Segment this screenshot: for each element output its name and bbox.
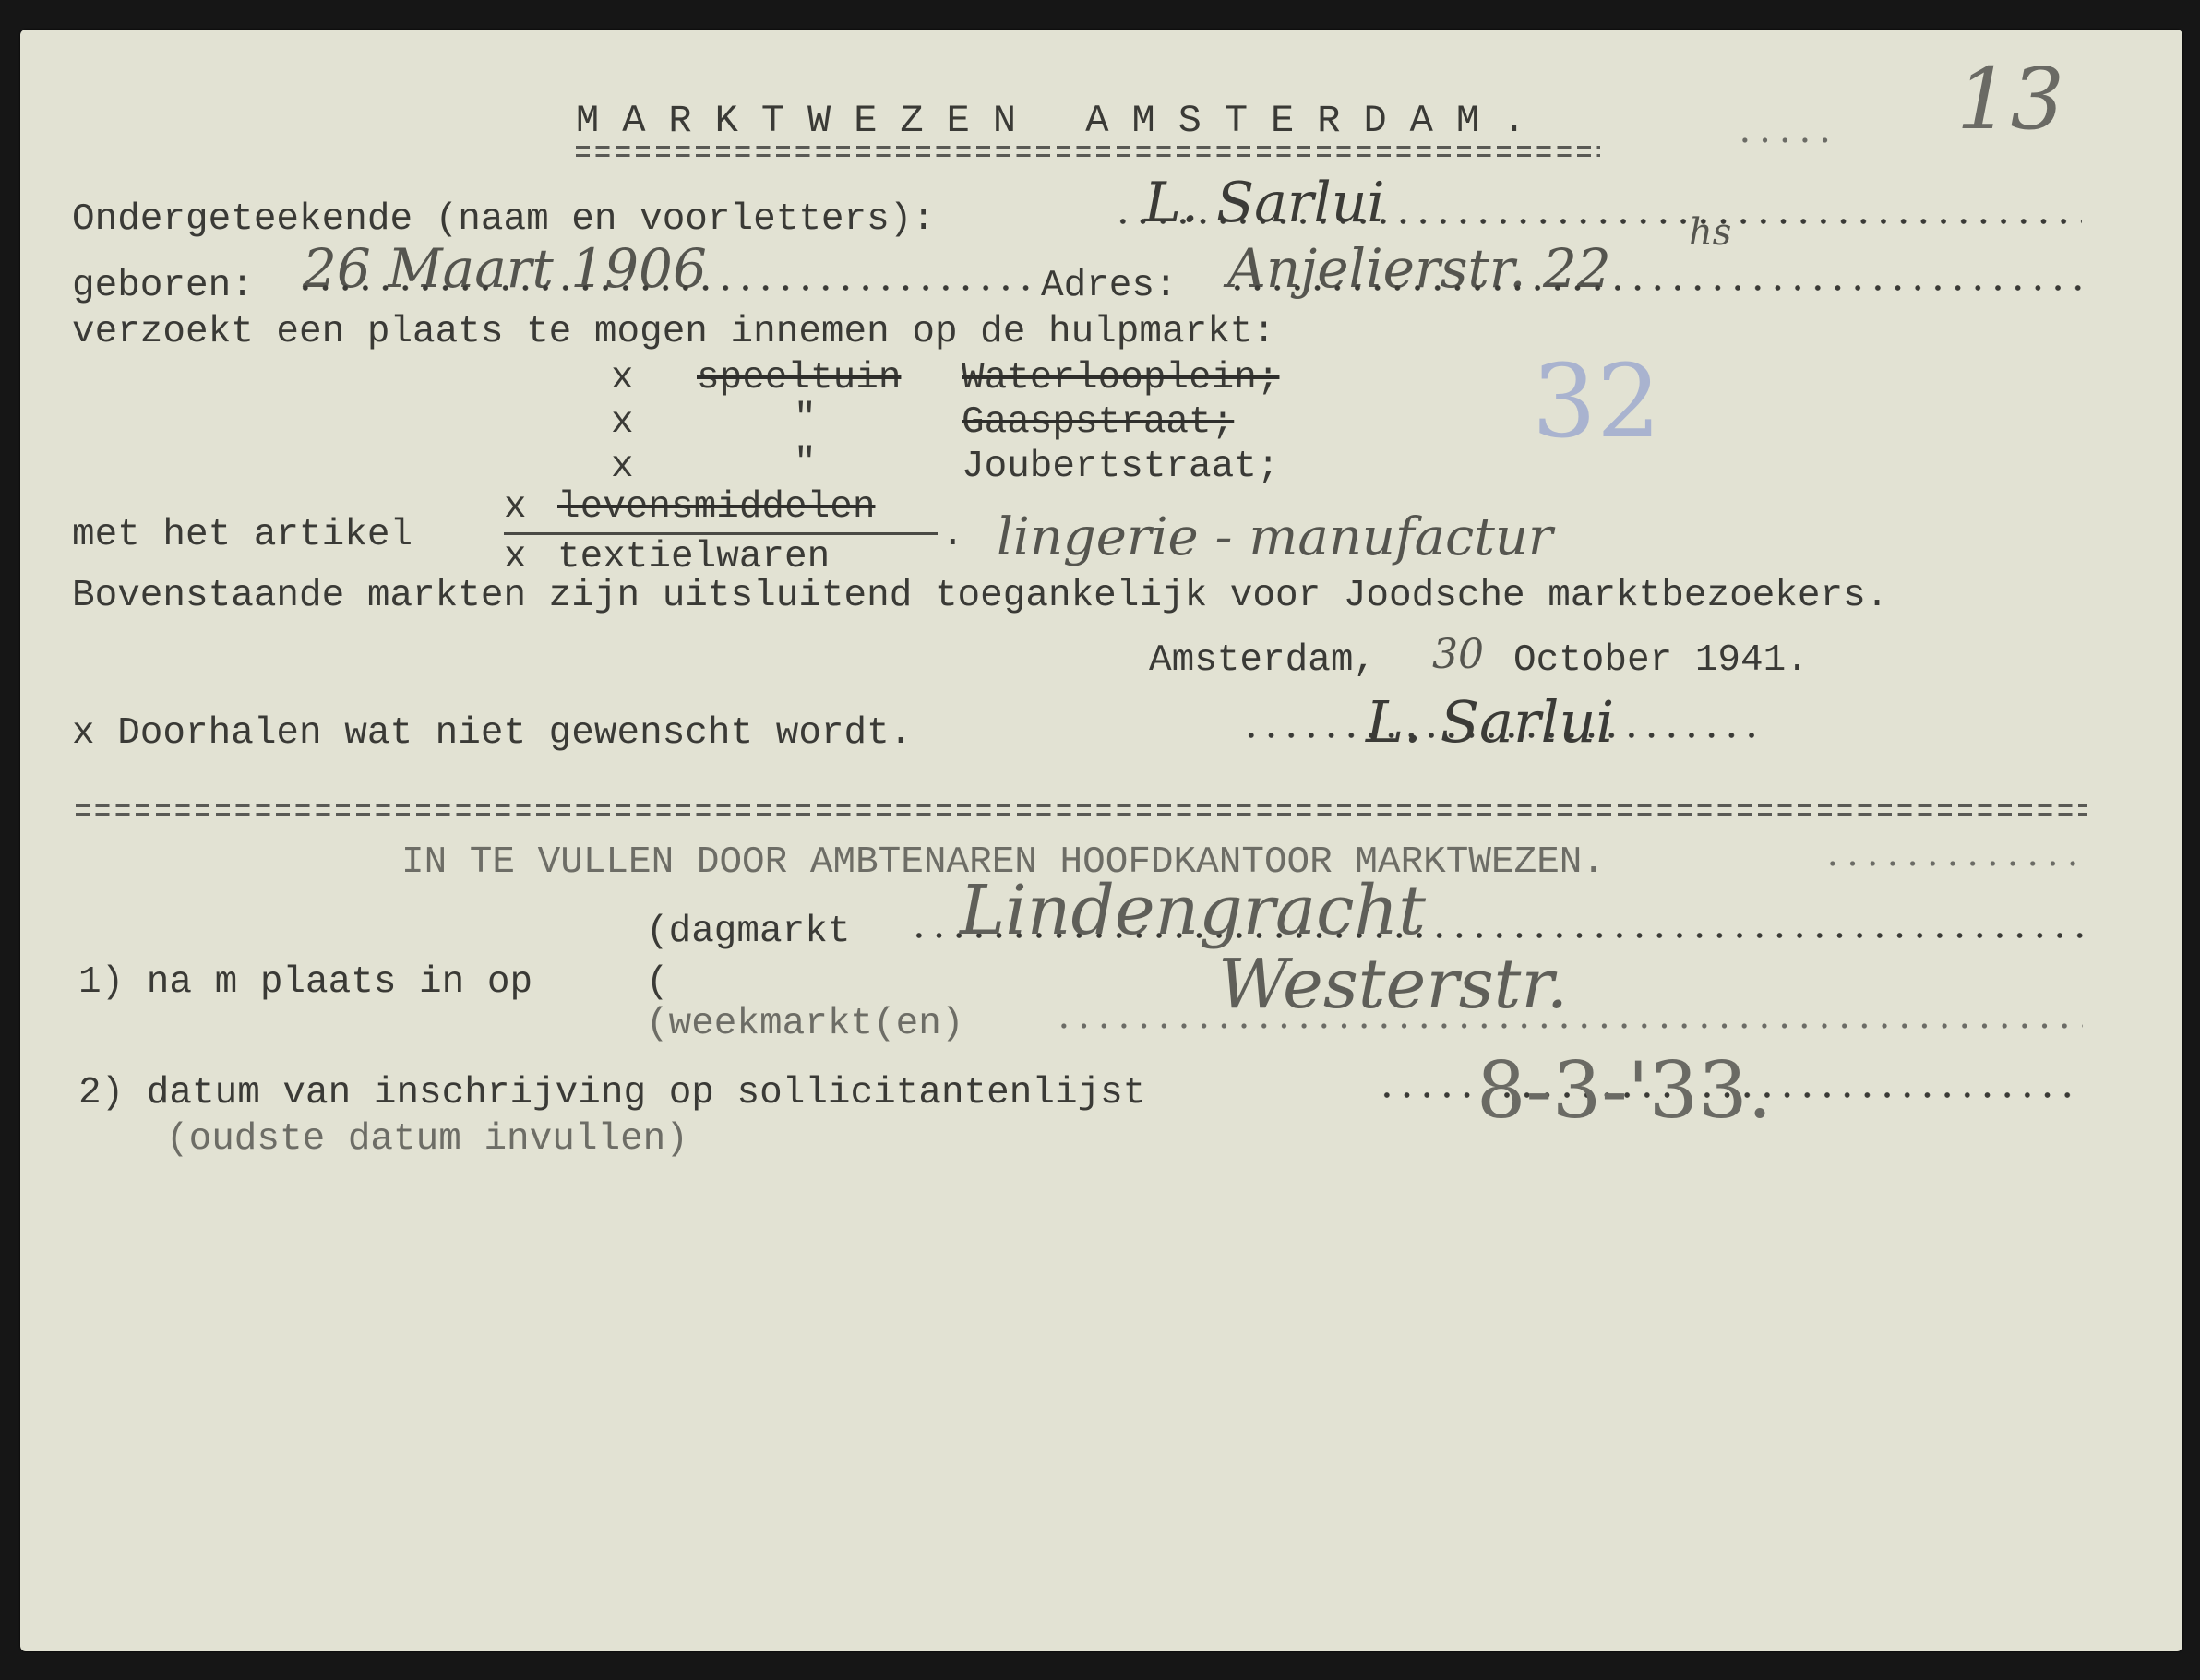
market-prefix: speeltuin: [697, 360, 901, 398]
corner-dots: [1735, 137, 1836, 144]
date-place: Amsterdam,: [1149, 642, 1376, 680]
article-marker: x: [504, 539, 527, 577]
item2-label: 2) datum van inschrijving op sollicitant…: [78, 1075, 1145, 1113]
corner-number: 13: [1956, 57, 2064, 142]
address-suffix: hs: [1689, 214, 1731, 251]
article-marker: x: [504, 489, 527, 527]
dagmarkt-value: Lindengracht: [960, 876, 1426, 945]
date-day: 30: [1432, 635, 1484, 675]
item1-label: 1) na m plaats in op: [78, 964, 532, 1002]
section-separator: [76, 804, 2087, 817]
address-dotted-line: [1227, 284, 2082, 292]
market-ditto: ": [794, 400, 817, 438]
market-marker: x: [611, 404, 634, 442]
weekmarkt-dotted-line: [1054, 1022, 2083, 1030]
article-levensmiddelen: levensmiddelen: [557, 489, 875, 527]
title-underline: [576, 146, 1600, 159]
market-name-waterlooplein: Waterlooplein;: [962, 360, 1279, 398]
signature: L. Sarlui: [1366, 694, 1614, 751]
request-text: verzoekt een plaats te mogen innemen op …: [72, 314, 1275, 351]
document-title: MARKTWEZEN AMSTERDAM.: [576, 101, 1548, 140]
market-name-joubertstraat: Joubertstraat;: [962, 448, 1279, 486]
weekmarkt-label: (weekmarkt(en): [646, 1006, 963, 1043]
item2-sublabel: (oudste datum invullen): [166, 1121, 688, 1159]
item2-value: 8-3-'33.: [1477, 1052, 1772, 1129]
name-label: Ondergeteekende (naam en voorletters):: [72, 201, 935, 239]
article-divider: [504, 532, 938, 535]
address-label: Adres:: [1041, 268, 1178, 305]
article-label: met het artikel: [72, 517, 412, 554]
item1-bracket: (: [646, 964, 669, 1002]
born-dotted-line: [295, 284, 1034, 292]
article-period: .: [941, 517, 964, 554]
date-month-year: October 1941.: [1513, 642, 1809, 680]
notice-text: Bovenstaande markten zijn uitsluitend to…: [72, 578, 1888, 615]
market-ditto: ": [794, 445, 817, 483]
dagmarkt-label: (dagmarkt: [646, 913, 850, 951]
market-name-gaaspstraat: Gaaspstraat;: [962, 404, 1234, 442]
heading-dotted-line: [1823, 860, 2081, 867]
market-marker: x: [611, 360, 634, 398]
strike-note: x Doorhalen wat niet gewenscht wordt.: [72, 715, 912, 753]
market-marker: x: [611, 448, 634, 486]
article-handwritten: lingerie - manufactur: [997, 512, 1553, 564]
name-value: L. Sarlui: [1144, 175, 1385, 231]
weekmarkt-value: Westerstr.: [1218, 950, 1568, 1019]
article-textielwaren: textielwaren: [557, 539, 830, 577]
blue-annotation: 32: [1532, 351, 1661, 452]
born-label: geboren:: [72, 268, 254, 305]
